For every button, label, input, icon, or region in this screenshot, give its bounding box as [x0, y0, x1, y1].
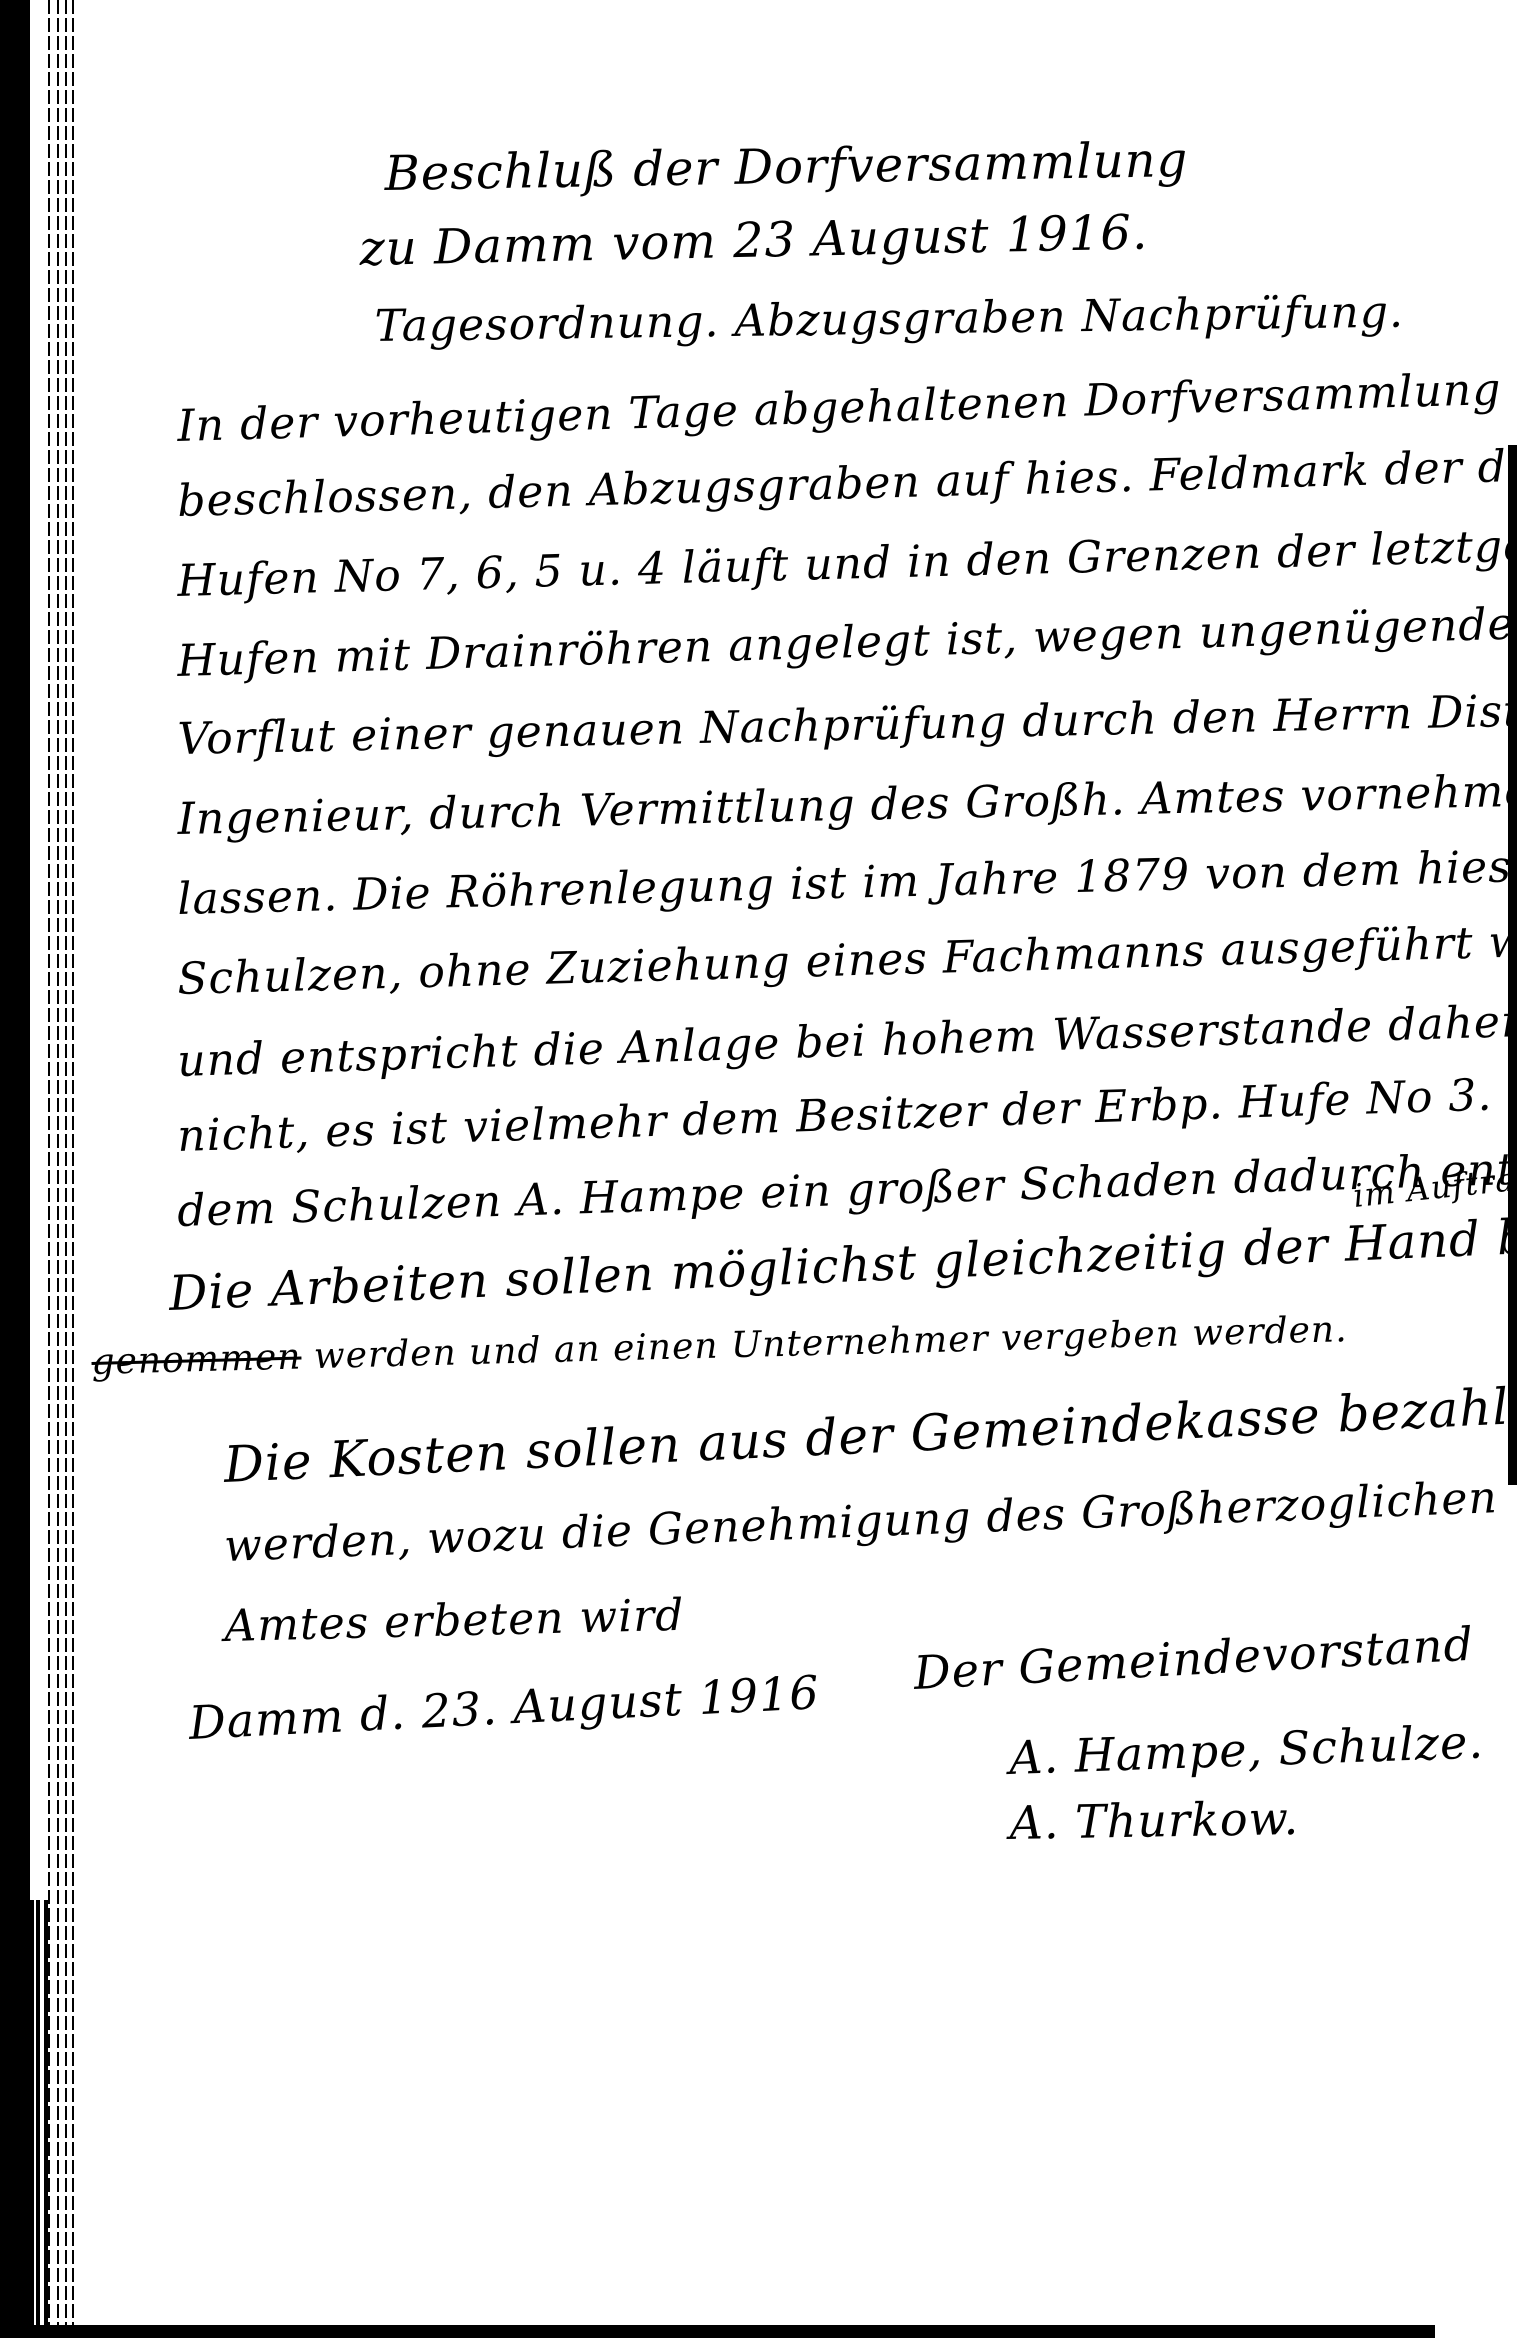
agenda-line: Tagesordnung. Abzugsgraben Nachprüfung. — [374, 291, 1404, 349]
body-line-7: lassen. Die Röhrenlegung ist im Jahre 18… — [177, 843, 1517, 922]
body-line-9: und entspricht die Anlage bei hohem Wass… — [177, 991, 1517, 1084]
body-line-14: Die Kosten sollen aus der Gemeindekasse … — [223, 1381, 1517, 1490]
scan-edge-line-bottom — [44, 1900, 48, 2338]
signature-hampe: A. Hampe, Schulze. — [1008, 1718, 1484, 1781]
body-line-3: Hufen No 7, 6, 5 u. 4 läuft und in den G… — [177, 520, 1517, 604]
body-line-15: werden, wozu die Genehmigung des Großher… — [223, 1476, 1498, 1569]
body-line-6: Ingenieur, durch Vermittlung des Großh. … — [177, 768, 1517, 842]
body-line-10: nicht, es ist vielmehr dem Besitzer der … — [177, 1074, 1493, 1159]
date-place-line: Damm d. 23. August 1916 — [188, 1669, 821, 1746]
body-line-5: Vorflut einer genauen Nachprüfung durch … — [177, 687, 1517, 762]
scan-bottom-edge — [30, 2325, 1435, 2338]
body-line-8: Schulzen, ohne Zuziehung eines Fachmanns… — [177, 917, 1517, 1002]
body-line-2: beschlossen, den Abzugsgraben auf hies. … — [177, 434, 1517, 524]
document-page: Beschluß der Dorfversammlung zu Damm vom… — [0, 0, 1517, 2338]
document-title: Beschluß der Dorfversammlung — [384, 136, 1188, 198]
body-line-16: Amtes erbeten wird — [224, 1594, 685, 1649]
scan-edge-line — [72, 0, 74, 2338]
struck-word: genommen — [91, 1337, 302, 1383]
scan-binding-shadow-bottom — [0, 1900, 34, 2338]
body-line-13: genommen werden und an einen Unternehmer… — [91, 1312, 1348, 1381]
signature-block-title: Der Gemeindevorstand — [913, 1621, 1475, 1696]
scan-edge-line — [65, 0, 67, 2338]
signature-thurkow: A. Thurkow. — [1009, 1795, 1299, 1846]
body-line-1: In der vorheutigen Tage abgehaltenen Dor… — [177, 356, 1517, 449]
body-line-13-text: werden und an einen Unternehmer vergeben… — [313, 1309, 1348, 1377]
body-line-4: Hufen mit Drainröhren angelegt ist, wege… — [177, 602, 1517, 684]
scan-edge-line-bottom — [36, 1900, 40, 2338]
scan-edge-line — [57, 0, 59, 2338]
scan-edge-line — [48, 0, 50, 2338]
document-subtitle-place-date: zu Damm vom 23 August 1916. — [359, 208, 1149, 273]
